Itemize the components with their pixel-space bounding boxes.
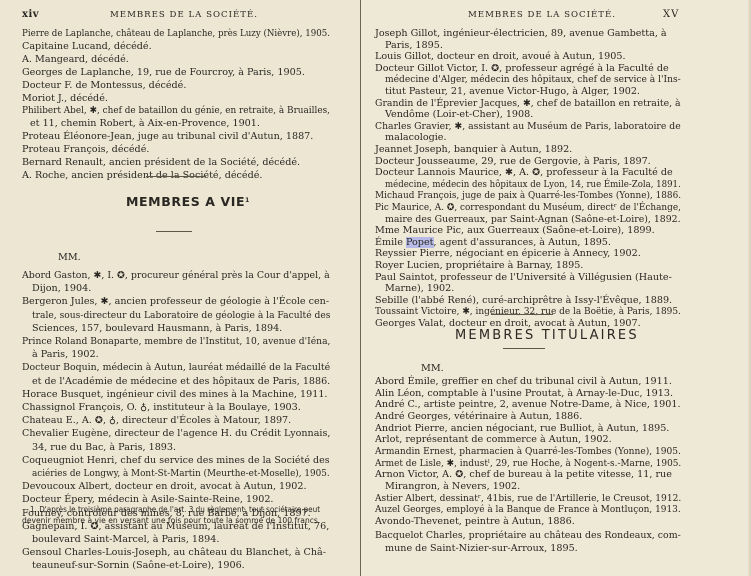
list-item: et 11, chemin Robert, à Aix-en-Provence,… — [30, 118, 260, 130]
list-item: Chassignol François, O. ♁, instituteur à… — [22, 402, 301, 414]
list-item: Proteau Éléonore-Jean, juge au tribunal … — [22, 131, 313, 143]
left-page: xiv MEMBRES DE LA SOCIÉTÉ. Pierre de Lap… — [0, 0, 361, 576]
list-item: Michaud François, juge de paix à Quarré-… — [375, 190, 681, 202]
list-item: Armandin Ernest, pharmacien à Quarré-les… — [375, 446, 681, 458]
list-item: Marne), 1902. — [385, 283, 454, 295]
list-item: Coqueugniot Henri, chef du service des m… — [22, 455, 330, 467]
list-item: Vendôme (Loir-et-Cher), 1908. — [385, 109, 533, 121]
list-item: Gensoul Charles-Louis-Joseph, au château… — [22, 547, 326, 559]
list-item: médecine, médecin des hôpitaux de Lyon, … — [385, 179, 681, 191]
list-item: Mirangron, à Nevers, 1902. — [385, 481, 520, 493]
list-item: trale, sous-directeur du Laboratoire de … — [32, 310, 330, 322]
page-number: xiv — [22, 9, 39, 20]
divider-rule — [156, 231, 192, 232]
list-item: Sciences, 157, boulevard Hausmann, à Par… — [32, 323, 282, 335]
list-item: Émile Popet, agent d'assurances, à Autun… — [375, 237, 611, 249]
list-item: Alin Léon, comptable à l'usine Proutat, … — [375, 388, 673, 400]
list-item: Bergeron Jules, ✱, ancien professeur de … — [22, 296, 329, 308]
list-item: Devoucoux Albert, docteur en droit, avoc… — [22, 481, 307, 493]
salutation: MM. — [421, 363, 444, 374]
highlighted-text: Popet — [406, 237, 434, 248]
list-item: Docteur Jousseaume, 29, rue de Gergovie,… — [375, 156, 651, 168]
list-item: Charles Gravier, ✱, assistant au Muséum … — [375, 121, 681, 133]
list-item: Docteur Boquin, médecin à Autun, lauréat… — [22, 362, 330, 374]
list-item: à Paris, 1902. — [32, 349, 99, 361]
list-item: Capitaine Lucand, décédé. — [22, 41, 152, 53]
divider-rule — [503, 348, 545, 349]
list-item: André Georges, vétérinaire à Autun, 1886… — [375, 411, 582, 423]
list-item: Paris, 1895. — [385, 40, 443, 52]
list-item: Proteau François, décédé. — [22, 144, 149, 156]
list-item: boulevard Saint-Marcel, à Paris, 1894. — [32, 534, 219, 546]
footnote-line: 1. D'après le troisième paragraphe de l'… — [30, 504, 320, 515]
list-item: Abord Émile, greffier en chef du tribuna… — [375, 376, 672, 388]
list-item: A. Roche, ancien président de la Société… — [22, 170, 262, 182]
list-item: Arnon Victor, A. ✪, chef de bureau à la … — [375, 469, 672, 481]
list-item: malacologie. — [385, 132, 447, 144]
list-item: Pierre de Laplanche, château de Laplanch… — [22, 28, 330, 40]
footnote-line: devenir membre à vie en versant une fois… — [22, 515, 320, 526]
list-item: médecine d'Alger, médecin des hôpitaux, … — [385, 74, 681, 86]
list-item: titut Pasteur, 21, avenue Victor-Hugo, à… — [385, 86, 640, 98]
list-item: Grandin de l'Éprevier Jacques, ✱, chef d… — [375, 98, 681, 110]
list-item: André C., artiste peintre, 2, avenue Not… — [375, 399, 681, 411]
list-item: Avondo-Thevenet, peintre à Autun, 1886. — [375, 516, 575, 528]
list-item: Bernard Renault, ancien président de la … — [22, 157, 300, 169]
list-item: Andriot Pierre, ancien négociant, rue Bu… — [375, 423, 669, 435]
list-item: Georges de Laplanche, 19, rue de Fourcro… — [22, 67, 305, 79]
list-item: Docteur F. de Montessus, décédé. — [22, 80, 186, 92]
footnote-mark: 1 — [245, 197, 250, 204]
list-item: et de l'Académie de médecine et des hôpi… — [32, 376, 330, 388]
list-item: Louis Gillot, docteur en droit, avoué à … — [375, 51, 626, 63]
list-item: Joseph Gillot, ingénieur-électricien, 89… — [375, 28, 667, 40]
list-item: Docteur Lannois Maurice, ✱, A. ✪, profes… — [375, 167, 673, 179]
list-item: Armet de Lisle, ✱, industˡ, 29, rue Hoch… — [375, 458, 681, 470]
list-item: Reyssier Pierre, négociant en épicerie à… — [375, 248, 641, 260]
list-item: Bacquelot Charles, propriétaire au châte… — [375, 530, 681, 542]
page-number: XV — [663, 9, 679, 20]
list-item: teauneuf-sur-Sornin (Saône-et-Loire), 19… — [32, 560, 245, 572]
list-item: Toussaint Victoire, ✱, ingénieur, 32, ru… — [375, 306, 681, 318]
list-item: Chevalier Eugène, directeur de l'agence … — [22, 428, 330, 440]
list-item: Paul Saintot, professeur de l'Université… — [375, 272, 672, 284]
list-item: aciéries de Longwy, à Mont-St-Martin (Me… — [32, 468, 330, 480]
right-page: MEMBRES DE LA SOCIÉTÉ. XV Joseph Gillot,… — [361, 0, 751, 576]
list-item: Astier Albert, dessinatʳ, 41bis, rue de … — [375, 493, 681, 505]
list-item: Moriot J., décédé. — [22, 93, 108, 105]
list-item: Auzel Georges, employé à la Banque de Fr… — [375, 504, 681, 516]
list-item: Abord Gaston, ✱, I. ✪, procureur général… — [22, 270, 330, 282]
list-item: Prince Roland Bonaparte, membre de l'Ins… — [22, 336, 330, 348]
list-item: Docteur Gillot Victor, I. ✪, professeur … — [375, 63, 669, 75]
list-item: A. Mangeard, décédé. — [22, 54, 129, 66]
section-title-membres-a-vie: MEMBRES A VIE1 — [126, 194, 250, 209]
list-item: Philibert Abel, ✱, chef de bataillon du … — [22, 105, 330, 117]
running-head: MEMBRES DE LA SOCIÉTÉ. — [110, 10, 258, 20]
list-item: Arlot, représentant de commerce à Autun,… — [375, 434, 612, 446]
list-item: Mme Maurice Pic, aux Guerreaux (Saône-et… — [375, 225, 655, 237]
list-item: mune de Saint-Nizier-sur-Arroux, 1895. — [385, 543, 578, 555]
list-item: Chateau E., A. ✪, ♁, directeur d'Écoles … — [22, 415, 291, 427]
list-item: Dijon, 1904. — [32, 283, 91, 295]
section-title-membres-titulaires: MEMBRES TITULAIRES — [455, 328, 639, 343]
divider-rule — [146, 176, 206, 177]
running-head: MEMBRES DE LA SOCIÉTÉ. — [468, 10, 616, 20]
salutation: MM. — [58, 252, 81, 263]
divider-rule — [491, 314, 553, 315]
list-item: Pic Maurice, A. ✪, correspondant du Musé… — [375, 202, 681, 214]
list-item: Jeannet Joseph, banquier à Autun, 1892. — [375, 144, 572, 156]
list-item: Royer Lucien, propriétaire à Barnay, 189… — [375, 260, 583, 272]
list-item: maire des Guerreaux, par Saint-Agnan (Sa… — [385, 214, 681, 226]
list-item: Horace Busquet, ingénieur civil des mine… — [22, 389, 327, 401]
list-item: 34, rue du Bac, à Paris, 1893. — [32, 442, 176, 454]
list-item: Sebille (l'abbé René), curé-archiprêtre … — [375, 295, 672, 307]
